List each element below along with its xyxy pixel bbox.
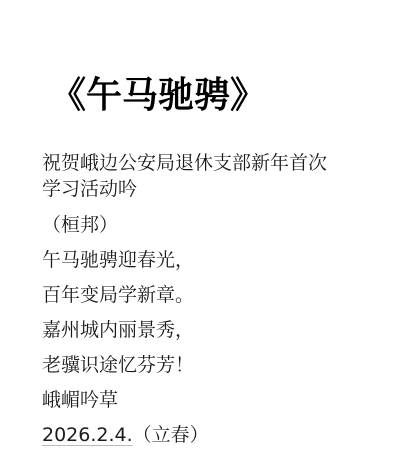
date-line: 2026.2.4.（立春） xyxy=(42,422,342,448)
poem-body: 祝贺峨边公安局退休支部新年首次学习活动吟 （桓邦） 午马驰骋迎春光， 百年变局学… xyxy=(42,150,342,448)
author-note: （桓邦） xyxy=(42,212,342,238)
verse-line: 嘉州城内丽景秀， xyxy=(42,317,342,343)
date-suffix: （立春） xyxy=(133,424,209,446)
dedication: 祝贺峨边公安局退休支部新年首次学习活动吟 xyxy=(42,150,337,202)
date-link[interactable]: 2026.2.4. xyxy=(42,424,133,446)
verse-line: 老骥识途忆芬芳！ xyxy=(42,352,342,378)
signature: 峨嵋吟草 xyxy=(42,387,342,413)
verse-line: 百年变局学新章。 xyxy=(42,282,342,308)
poem-title: 《午马驰骋》 xyxy=(50,74,266,118)
verse-line: 午马驰骋迎春光， xyxy=(42,247,342,273)
